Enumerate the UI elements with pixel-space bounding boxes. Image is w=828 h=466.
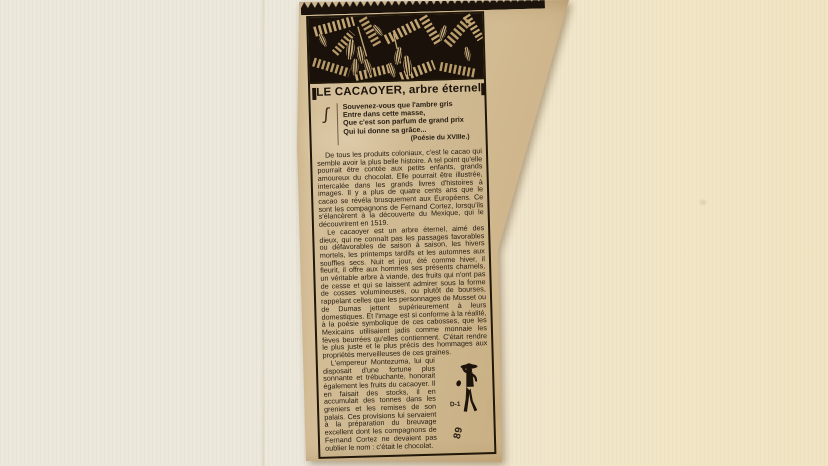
article-paragraph: D-1 89 L'empereur Montezuma, lui qui dis… [323, 355, 491, 452]
poem-ornament-icon: ∫ [323, 105, 329, 122]
poem-lines: Souvenez-vous que l'ambre gris Entre dan… [337, 99, 474, 145]
article-box: LE CACAOYER, arbre éternel ∫ Souvenez-vo… [306, 11, 496, 459]
headline-row: LE CACAOYER, arbre éternel [310, 79, 484, 102]
article-body: De tous les produits coloniaux, c'est le… [312, 144, 495, 457]
figure-illustration-block: D-1 89 [438, 358, 490, 445]
article-paragraph: De tous les produits coloniaux, c'est le… [317, 147, 484, 229]
paragraph-text: L'empereur Montezuma, lui qui disposait … [323, 355, 437, 452]
printed-area: LE CACAOYER, arbre éternel ∫ Souvenez-vo… [299, 0, 562, 459]
cacao-woodcut-illustration [308, 13, 484, 84]
figure-label: D-1 [442, 401, 461, 409]
article-title: LE CACAOYER, arbre éternel [316, 82, 481, 100]
article-paragraph: Le cacaoyer est un arbre éternel, aimé d… [319, 224, 488, 360]
newspaper-clipping-wrapper: LE CACAOYER, arbre éternel ∫ Souvenez-vo… [293, 0, 577, 466]
page-fold-crease [262, 0, 264, 466]
paper-stain [700, 200, 706, 205]
native-harvester-silhouette-icon [454, 358, 488, 419]
figure-stamp: 89 [452, 426, 464, 447]
newspaper-clipping: LE CACAOYER, arbre éternel ∫ Souvenez-vo… [293, 0, 577, 464]
headline-bar-right [481, 83, 485, 95]
poem-block: ∫ Souvenez-vous que l'ambre gris Entre d… [337, 99, 474, 145]
